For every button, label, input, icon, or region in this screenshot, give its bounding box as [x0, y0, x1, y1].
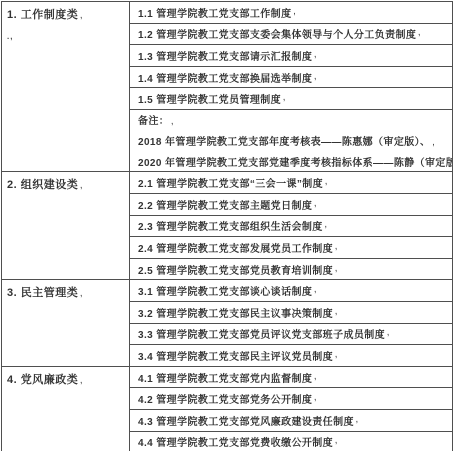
item-text: 3.4 管理学院教工党支部民主评议党员制度	[138, 348, 333, 363]
item-text: 1.4 管理学院教工党支部换届选举制度	[138, 70, 312, 85]
item-text: 1.2 管理学院教工党支部支委会集体领导与个人分工负责制度	[138, 26, 416, 41]
paragraph-mark: ,	[335, 438, 337, 445]
paragraph-mark: ,	[80, 291, 82, 298]
category-label: 1. 工作制度类	[7, 9, 78, 21]
item-text: 1.1 管理学院教工党支部工作制度	[138, 5, 291, 20]
empty-paragraph-mark: .,	[7, 32, 126, 41]
paragraph-mark: ,	[335, 352, 337, 359]
item-text: 1.3 管理学院教工党支部请示汇报制度	[138, 48, 312, 63]
category-label: 3. 民主管理类	[7, 287, 78, 299]
table-row: 3.1 管理学院教工党支部谈心谈话制度,	[130, 280, 452, 302]
note-label-line: 备注：,	[138, 112, 452, 133]
paragraph-mark: ,	[356, 417, 358, 424]
item-text: 2.2 管理学院教工党支部主题党日制度	[138, 197, 312, 212]
table-row: 2.2 管理学院教工党支部主题党日制度,	[130, 194, 452, 216]
table-row: 4.3 管理学院教工党支部党风廉政建设责任制度,	[130, 410, 452, 432]
item-text: 3.2 管理学院教工党支部民主议事决策制度	[138, 305, 333, 320]
items-column: 2.1 管理学院教工党支部“三会一课”制度, 2.2 管理学院教工党支部主题党日…	[130, 172, 452, 279]
paragraph-mark: ,	[314, 374, 316, 381]
paragraph-mark: ,	[314, 395, 316, 402]
items-column: 3.1 管理学院教工党支部谈心谈话制度, 3.2 管理学院教工党支部民主议事决策…	[130, 280, 452, 365]
table-row: 2.5 管理学院教工党支部党员教育培训制度,	[130, 259, 452, 280]
category-label: 4. 党风廉政类	[7, 374, 78, 386]
paragraph-mark: ,	[325, 179, 327, 186]
table-section-organization: 2. 组织建设类, 2.1 管理学院教工党支部“三会一课”制度, 2.2 管理学…	[2, 172, 452, 280]
document-table: 1. 工作制度类, ., 1.1 管理学院教工党支部工作制度, 1.2 管理学院…	[1, 1, 453, 451]
paragraph-mark: ,	[314, 52, 316, 59]
note-cell: 备注：, 2018 年管理学院教工党支部年度考核表——陈惠娜（审定版）、, 20…	[130, 110, 452, 172]
item-text: 2.1 管理学院教工党支部“三会一课”制度	[138, 175, 323, 190]
table-row: 1.3 管理学院教工党支部请示汇报制度,	[130, 45, 452, 67]
table-row: 1.2 管理学院教工党支部支委会集体领导与个人分工负责制度,	[130, 24, 452, 46]
item-text: 4.3 管理学院教工党支部党风廉政建设责任制度	[138, 413, 354, 428]
paragraph-mark: ,	[418, 30, 420, 37]
items-column: 4.1 管理学院教工党支部党内监督制度, 4.2 管理学院教工党支部党务公开制度…	[130, 367, 452, 451]
item-text: 4.1 管理学院教工党支部党内监督制度	[138, 370, 312, 385]
table-row: 3.4 管理学院教工党支部民主评议党员制度,	[130, 345, 452, 366]
table-row: 1.5 管理学院教工党员管理制度,	[130, 88, 452, 110]
table-row: 1.4 管理学院教工党支部换届选举制度,	[130, 67, 452, 89]
paragraph-mark: ,	[387, 330, 389, 337]
table-row: 2.1 管理学院教工党支部“三会一课”制度,	[130, 172, 452, 194]
category-cell: 2. 组织建设类,	[2, 172, 130, 279]
paragraph-mark: ,	[335, 244, 337, 251]
category-line: 3. 民主管理类,	[7, 284, 126, 300]
paragraph-mark: ,	[80, 13, 82, 20]
item-text: 4.4 管理学院教工党支部党费收缴公开制度	[138, 434, 333, 449]
category-label: 2. 组织建设类	[7, 179, 78, 191]
table-row: 3.3 管理学院教工党支部党员评议党支部班子成员制度,	[130, 324, 452, 346]
paragraph-mark: ,	[80, 378, 82, 385]
category-cell: 4. 党风廉政类,	[2, 367, 130, 451]
table-row: 1.1 管理学院教工党支部工作制度,	[130, 2, 452, 24]
paragraph-mark: ,	[432, 140, 434, 147]
category-cell: 1. 工作制度类, .,	[2, 2, 130, 171]
category-line: 4. 党风廉政类,	[7, 371, 126, 387]
table-row: 2.4 管理学院教工党支部发展党员工作制度,	[130, 237, 452, 259]
paragraph-mark: ,	[314, 74, 316, 81]
item-text: 1.5 管理学院教工党员管理制度	[138, 91, 281, 106]
category-line: 1. 工作制度类,	[7, 6, 126, 22]
table-section-work-system: 1. 工作制度类, ., 1.1 管理学院教工党支部工作制度, 1.2 管理学院…	[2, 2, 452, 172]
note-line: 2020 年管理学院教工党支部党建季度考核指标体系——陈静（审定版）	[138, 154, 452, 171]
table-row: 2.3 管理学院教工党支部组织生活会制度,	[130, 216, 452, 238]
paragraph-mark: ,	[283, 95, 285, 102]
item-text: 2.3 管理学院教工党支部组织生活会制度	[138, 218, 323, 233]
paragraph-mark: ,	[80, 183, 82, 190]
paragraph-mark: ,	[314, 287, 316, 294]
paragraph-mark: ,	[325, 222, 327, 229]
note-line: 2018 年管理学院教工党支部年度考核表——陈惠娜（审定版）、,	[138, 133, 452, 154]
table-row: 3.2 管理学院教工党支部民主议事决策制度,	[130, 302, 452, 324]
paragraph-mark: ,	[293, 9, 295, 16]
items-column: 1.1 管理学院教工党支部工作制度, 1.2 管理学院教工党支部支委会集体领导与…	[130, 2, 452, 171]
paragraph-mark: ,	[335, 309, 337, 316]
table-row: 4.1 管理学院教工党支部党内监督制度,	[130, 367, 452, 389]
item-text: 3.1 管理学院教工党支部谈心谈话制度	[138, 283, 312, 298]
category-cell: 3. 民主管理类,	[2, 280, 130, 365]
table-row: 4.4 管理学院教工党支部党费收缴公开制度,	[130, 432, 452, 451]
item-text: 3.3 管理学院教工党支部党员评议党支部班子成员制度	[138, 326, 385, 341]
table-row: 4.2 管理学院教工党支部党务公开制度,	[130, 388, 452, 410]
category-line: 2. 组织建设类,	[7, 176, 126, 192]
note-line-text: 2020 年管理学院教工党支部党建季度考核指标体系——陈静（审定版）	[138, 158, 452, 169]
paragraph-mark: ,	[314, 201, 316, 208]
table-section-party-conduct: 4. 党风廉政类, 4.1 管理学院教工党支部党内监督制度, 4.2 管理学院教…	[2, 367, 452, 451]
note-label: 备注：	[138, 116, 169, 127]
item-text: 4.2 管理学院教工党支部党务公开制度	[138, 391, 312, 406]
table-section-democratic-management: 3. 民主管理类, 3.1 管理学院教工党支部谈心谈话制度, 3.2 管理学院教…	[2, 280, 452, 366]
paragraph-mark: ,	[335, 266, 337, 273]
item-text: 2.4 管理学院教工党支部发展党员工作制度	[138, 240, 333, 255]
item-text: 2.5 管理学院教工党支部党员教育培训制度	[138, 262, 333, 277]
paragraph-mark: ,	[171, 119, 173, 126]
note-line-text: 2018 年管理学院教工党支部年度考核表——陈惠娜（审定版）、	[138, 137, 430, 148]
